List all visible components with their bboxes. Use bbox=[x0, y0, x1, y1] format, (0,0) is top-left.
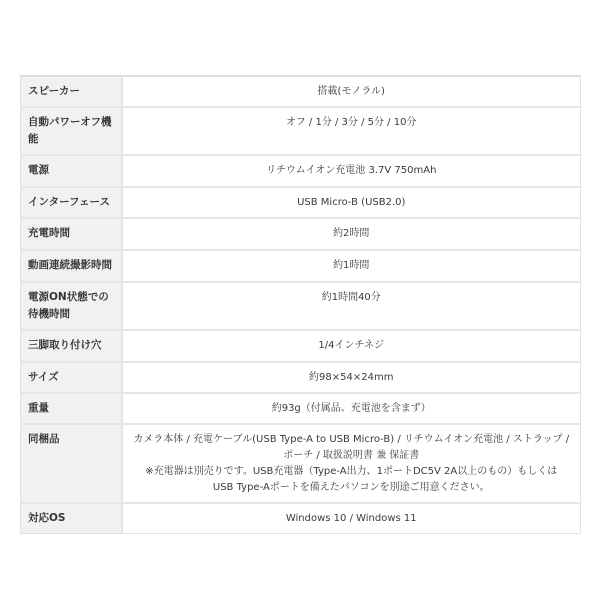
row-label-power: 電源 bbox=[21, 155, 122, 187]
charger-note-line: USB Type-Aポートを備えたパソコンを別途ご用意ください。 bbox=[129, 480, 575, 496]
table-row: 充電時間 約2時間 bbox=[21, 218, 581, 250]
row-value-included-items: カメラ本体 / 充電ケーブル(USB Type-A to USB Micro-B… bbox=[122, 424, 581, 503]
table-row: 電源 リチウムイオン充電池 3.7V 750mAh bbox=[21, 155, 581, 187]
row-value-auto-power-off: オフ / 1分 / 3分 / 5分 / 10分 bbox=[122, 107, 581, 155]
row-value-supported-os: Windows 10 / Windows 11 bbox=[122, 503, 581, 534]
charger-note-line: ※充電器は別売りです。USB充電器（Type-A出力、1ポートDC5V 2A以上… bbox=[129, 464, 575, 480]
table-row: 同梱品 カメラ本体 / 充電ケーブル(USB Type-A to USB Mic… bbox=[21, 424, 581, 503]
row-label-supported-os: 対応OS bbox=[21, 503, 122, 534]
table-row: 動画連続撮影時間 約1時間 bbox=[21, 250, 581, 282]
table-row: スピーカー 搭載(モノラル) bbox=[21, 76, 581, 107]
row-value-standby-time: 約1時間40分 bbox=[122, 282, 581, 330]
row-value-tripod-mount: 1/4インチネジ bbox=[122, 330, 581, 362]
row-value-interface: USB Micro-B (USB2.0) bbox=[122, 187, 581, 218]
table-row: 自動パワーオフ機能 オフ / 1分 / 3分 / 5分 / 10分 bbox=[21, 107, 581, 155]
table-row: 三脚取り付け穴 1/4インチネジ bbox=[21, 330, 581, 362]
row-value-speaker: 搭載(モノラル) bbox=[122, 76, 581, 107]
row-value-charge-time: 約2時間 bbox=[122, 218, 581, 250]
row-label-video-recording-time: 動画連続撮影時間 bbox=[21, 250, 122, 282]
row-label-auto-power-off: 自動パワーオフ機能 bbox=[21, 107, 122, 155]
row-value-size: 約98×54×24mm bbox=[122, 362, 581, 393]
row-label-size: サイズ bbox=[21, 362, 122, 393]
table-row: 対応OS Windows 10 / Windows 11 bbox=[21, 503, 581, 534]
row-label-charge-time: 充電時間 bbox=[21, 218, 122, 250]
row-value-power: リチウムイオン充電池 3.7V 750mAh bbox=[122, 155, 581, 187]
row-label-speaker: スピーカー bbox=[21, 76, 122, 107]
included-items-line: ポーチ / 取扱説明書 兼 保証書 bbox=[129, 448, 575, 464]
row-label-interface: インターフェース bbox=[21, 187, 122, 218]
table-row: サイズ 約98×54×24mm bbox=[21, 362, 581, 393]
row-label-included-items: 同梱品 bbox=[21, 424, 122, 503]
row-label-standby-time: 電源ON状態での待機時間 bbox=[21, 282, 122, 330]
table-row: 電源ON状態での待機時間 約1時間40分 bbox=[21, 282, 581, 330]
included-items-line: カメラ本体 / 充電ケーブル(USB Type-A to USB Micro-B… bbox=[129, 432, 575, 448]
table-row: インターフェース USB Micro-B (USB2.0) bbox=[21, 187, 581, 218]
spec-table: スピーカー 搭載(モノラル) 自動パワーオフ機能 オフ / 1分 / 3分 / … bbox=[20, 75, 581, 534]
row-label-weight: 重量 bbox=[21, 393, 122, 424]
row-label-tripod-mount: 三脚取り付け穴 bbox=[21, 330, 122, 362]
row-value-video-recording-time: 約1時間 bbox=[122, 250, 581, 282]
row-value-weight: 約93g（付属品、充電池を含まず） bbox=[122, 393, 581, 424]
table-row: 重量 約93g（付属品、充電池を含まず） bbox=[21, 393, 581, 424]
